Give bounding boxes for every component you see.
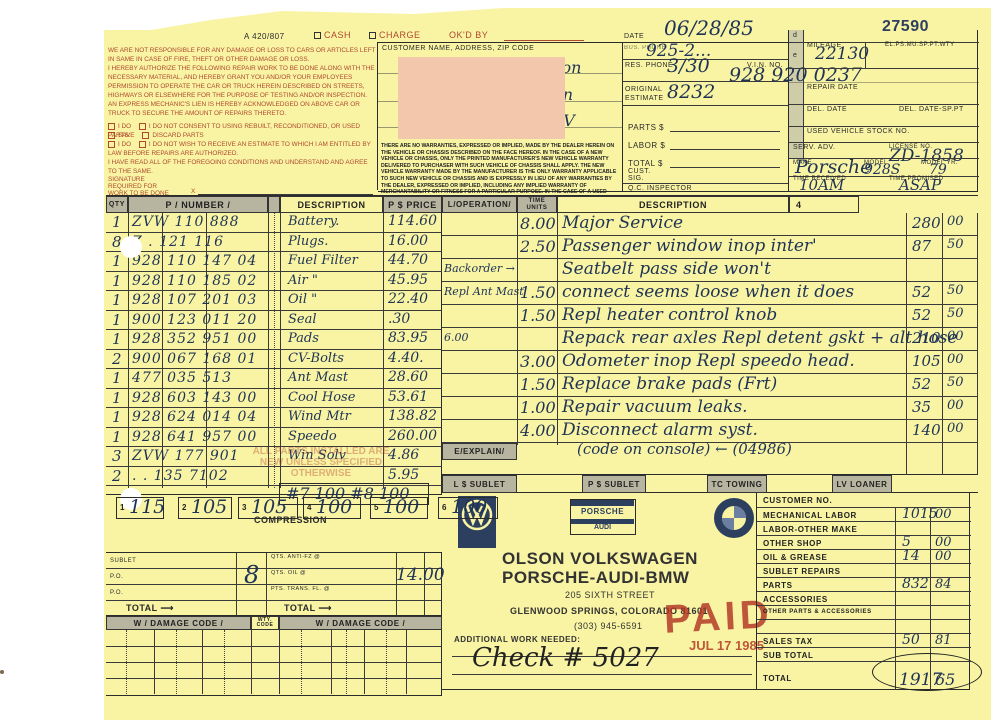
parts-row: 1477 035 513Ant Mast28.60 — [106, 369, 442, 389]
part-number: 928 641 957 00 — [132, 429, 257, 445]
parts-row: 1928 624 014 04Wind Mtr138.82 — [106, 408, 442, 428]
labor-dollars: 140 — [912, 421, 941, 439]
totals-cents: 00 — [935, 549, 952, 564]
cust-sig-label: CUST. SIG. — [628, 168, 648, 182]
labor-cents: 50 — [947, 375, 964, 390]
totals-row: LABOR-OTHER MAKE — [757, 521, 971, 535]
parts-row: 1928 352 951 00Pads83.95 — [106, 330, 442, 350]
mileage-value: 22130 — [815, 44, 869, 64]
totals-row-label: OTHER SHOP — [763, 539, 822, 548]
make-value: Porsche — [795, 156, 871, 178]
labor-row: 1.50Repl heater control knob5250 — [442, 305, 978, 328]
labor-description-header: DESCRIPTION — [557, 196, 789, 213]
labor-dollars: 280 — [912, 214, 941, 232]
labor-dollars: 105 — [912, 352, 941, 370]
cash-option[interactable]: CASH — [314, 30, 351, 40]
labor-cents: 00 — [947, 214, 964, 229]
sublet-fluids-box: SUBLET P.O. P.O. TOTAL ⟶ QTS. ANTI-FZ @ … — [106, 552, 442, 616]
date-value: 06/28/85 — [664, 16, 754, 40]
save-discard-option[interactable]: SAVE DISCARD PARTS — [108, 131, 204, 140]
sublet-bar: L $ SUBLET P $ SUBLET TC TOWING LV LOANE… — [442, 475, 978, 493]
dealer-street: 205 SIXTH STREET — [565, 590, 655, 600]
totals-cents: 00 — [935, 507, 952, 522]
part-qty: 1 — [112, 330, 122, 348]
compression-value: 100 — [383, 496, 419, 518]
redaction-box — [398, 57, 565, 139]
vehicle-section: d e MILEAGE 22130 EL.PS.MU.SP.PT.WTY 928… — [788, 30, 978, 192]
signature-label: SIGNATURE REQUIRED FOR WORK TO BE DONE — [108, 176, 178, 197]
total-circle — [872, 653, 982, 691]
totals-row-label: MECHANICAL LABOR — [763, 511, 857, 520]
part-price: .30 — [388, 311, 410, 327]
part-qty: 2 — [112, 467, 122, 485]
part-qty: 1 — [112, 389, 122, 407]
qc-inspector-label: Q.C. INSPECTOR — [628, 185, 692, 192]
labor-dollars: 87 — [912, 237, 931, 255]
legal-section: WE ARE NOT RESPONSIBLE FOR ANY DAMAGE OR… — [106, 42, 378, 190]
part-description-header: DESCRIPTION — [280, 196, 383, 213]
totals-row-label: ACCESSORIES — [763, 595, 828, 604]
part-qty: 1 — [112, 311, 122, 329]
check-number-note: Check # 5027 — [472, 643, 659, 673]
part-qty: 1 — [112, 213, 122, 231]
part-qty: 1 — [112, 291, 122, 309]
labor-estimate-label: LABOR $ — [628, 141, 665, 150]
labor-description: connect seems loose when it does — [562, 282, 854, 302]
totals-dollars: 1015 — [902, 506, 938, 522]
part-price: 28.60 — [388, 369, 428, 385]
part-description: CV-Bolts — [288, 351, 344, 366]
labor-description: Major Service — [562, 213, 683, 233]
compression-cylinder-2: 2105 — [178, 497, 232, 519]
totals-row-label: TOTAL — [763, 674, 792, 683]
parts-row: 1900 123 011 20Seal.30 — [106, 311, 442, 331]
totals-cents: 81 — [935, 633, 952, 648]
labor-dollars: 52 — [912, 306, 931, 324]
estimate-option[interactable]: I DO I DO NOT WISH TO RECEIVE AN ESTIMAT… — [108, 140, 376, 158]
labor-dollars: 35 — [912, 398, 931, 416]
labor-row: 3.00Odometer inop Repl speedo head.10500 — [442, 351, 978, 374]
part-price: 16.00 — [388, 233, 428, 249]
parts-row: 1928 110 147 04Fuel Filter44.70 — [106, 252, 442, 272]
compression-value: 100 — [316, 496, 352, 518]
okd-by-line — [504, 40, 584, 41]
labor-time: 1.50 — [520, 283, 556, 302]
totals-section: CUSTOMER NO. MECHANICAL LABOR101500LABOR… — [756, 493, 970, 690]
part-number: ZVW 110 888 — [132, 214, 240, 230]
labor-cents: 50 — [947, 306, 964, 321]
totals-row-label: SUBLET REPAIRS — [763, 567, 841, 576]
serv-adv-label: SERV. ADV. — [793, 144, 836, 151]
totals-cents: 84 — [935, 577, 952, 592]
part-price: 53.61 — [388, 389, 428, 405]
used-stock-label: USED VEHICLE STOCK NO. — [807, 128, 910, 135]
part-number: 928 110 185 02 — [132, 273, 257, 289]
dealer-name-line2: PORSCHE-AUDI-BMW — [502, 568, 689, 588]
damage-code-section: W / DAMAGE CODE / WTY. CODE W / DAMAGE C… — [106, 616, 442, 696]
labor-estimate-line[interactable] — [670, 149, 780, 150]
part-description: Cool Hose — [288, 390, 355, 405]
labor-dollars: 210 — [912, 329, 941, 347]
parts-row: 8Z . 121 116Plugs.16.00 — [106, 233, 442, 253]
totals-row: OTHER SHOP500 — [757, 535, 971, 549]
part-description: Fuel Filter — [288, 253, 358, 268]
oil-quarts-value: 8 — [244, 561, 259, 589]
part-number: 900 123 011 20 — [132, 312, 257, 328]
labor-row: 1.00Repair vacuum leaks.3500 — [442, 397, 978, 420]
repair-date-label: REPAIR DATE — [807, 84, 858, 91]
oil-amount-value: 14.00 — [396, 565, 445, 585]
totals-dollars: 50 — [902, 632, 920, 648]
part-number: ZVW 177 901 — [132, 448, 240, 464]
parts-installed-stamp: ALL PARTS INSTALLED ARE NEW UNLESS SPECI… — [246, 446, 396, 479]
damage-code-right-header: W / DAMAGE CODE / — [279, 616, 442, 630]
totals-row: MECHANICAL LABOR101500 — [757, 507, 971, 521]
fluid-total-label: TOTAL ⟶ — [284, 603, 332, 614]
labor-table: L/OPERATION/ TIME UNITS DESCRIPTION 4 8.… — [442, 195, 978, 475]
labor-row: Backorder →Seatbelt pass side won't — [442, 259, 978, 282]
parts-row: 1ZVW 110 888Battery.114.60 — [106, 213, 442, 233]
totals-row: PARTS83284 — [757, 577, 971, 591]
total-estimate-line[interactable] — [670, 167, 780, 168]
part-description: Pads — [288, 331, 319, 346]
compression-value: 115 — [129, 496, 165, 518]
labor-operation: 6.00 — [444, 331, 469, 344]
labor-row: Repl Ant Mast1.50connect seems loose whe… — [442, 282, 978, 305]
time-units-header: TIME UNITS — [517, 196, 557, 213]
labor-time: 1.50 — [520, 375, 556, 394]
part-price: 22.40 — [388, 291, 428, 307]
labor-description: Disconnect alarm syst. — [562, 420, 758, 440]
part-number: 477 035 513 — [132, 370, 232, 386]
del-date-sp-label: DEL. DATE-SP.PT — [899, 106, 964, 113]
compression-cylinder-4: 4100 — [303, 497, 361, 519]
original-estimate-label: ORIGINAL ESTIMATE — [625, 85, 665, 103]
sublet-total-label: TOTAL ⟶ — [126, 603, 174, 614]
labor-dollars: 52 — [912, 283, 931, 301]
part-number: 928 352 951 00 — [132, 331, 257, 347]
qty-header: QTY — [106, 196, 128, 213]
part-description: Seal — [288, 312, 317, 327]
compression-value: 100 — [451, 496, 487, 518]
part-qty: 1 — [112, 428, 122, 446]
labor-description: Passenger window inop inter' — [562, 236, 817, 256]
parts-row: 1928 641 957 00Speedo260.00 — [106, 428, 442, 448]
vehicle-codes-label: EL.PS.MU.SP.PT.WTY — [885, 42, 955, 48]
part-number: 928 624 014 04 — [132, 409, 257, 425]
labor-description: Repl heater control knob — [562, 305, 777, 325]
time-received-value: 10AM — [799, 176, 844, 194]
totals-row-label: PARTS — [763, 581, 793, 590]
compression-value: 105 — [191, 496, 227, 518]
part-qty: 1 — [112, 252, 122, 270]
part-number: Z . 121 116 — [132, 234, 224, 250]
bmw-logo — [714, 498, 754, 538]
time-promised-value: ASAP — [899, 176, 941, 194]
part-number: 928 603 143 00 — [132, 390, 257, 406]
compression-cylinder-1: 1115 — [116, 497, 164, 519]
customer-section: CUSTOMER NAME, ADDRESS, ZIP CODE ...son … — [378, 42, 623, 192]
labor-cents: 50 — [947, 237, 964, 252]
labor-cents: 50 — [947, 283, 964, 298]
porsche-audi-logo: PORSCHE AUDI — [570, 499, 636, 535]
original-estimate-value: 8232 — [667, 81, 715, 103]
part-description: Battery. — [288, 214, 339, 229]
customer-no-label: CUSTOMER NO. — [763, 496, 832, 505]
totals-row: SALES TAX5081 — [757, 633, 971, 647]
part-price: 138.82 — [388, 408, 437, 424]
totals-cents: 00 — [935, 535, 952, 550]
agreement-text: I HAVE READ ALL OF THE FOREGOING CONDITI… — [108, 158, 376, 176]
totals-row: SUBLET REPAIRS — [757, 563, 971, 577]
authorization-text: I HEREBY AUTHORIZE THE FOLLOWING REPAIR … — [108, 64, 376, 118]
totals-row-label: OIL & GREASE — [763, 553, 827, 562]
labor-row: 8.00Major Service28000 — [442, 213, 978, 236]
charge-option[interactable]: CHARGE — [369, 30, 421, 40]
parts-row: 2900 067 168 01CV-Bolts4.40. — [106, 350, 442, 370]
part-qty: 1 — [112, 272, 122, 290]
damage-code-left-header: W / DAMAGE CODE / — [106, 616, 251, 630]
labor-cents: 00 — [947, 329, 964, 344]
labor-dollars: 52 — [912, 375, 931, 393]
explain-header: E/EXPLAIN/ — [442, 443, 517, 460]
parts-table: QTY P / NUMBER / DESCRIPTION P $ PRICE 1… — [106, 195, 442, 495]
explain-value: (code on console) ← (04986) — [577, 440, 792, 458]
labor-description: Repair vacuum leaks. — [562, 397, 748, 417]
labor-operation: Backorder → — [444, 262, 515, 275]
labor-time: 3.00 — [520, 352, 556, 371]
labor-time: 4.00 — [520, 421, 556, 440]
totals-dollars: 832 — [902, 576, 929, 592]
part-description: Air " — [288, 273, 318, 288]
labor-row: 6.00Repack rear axles Repl detent gskt +… — [442, 328, 978, 351]
form-code: A 420/807 — [244, 32, 285, 41]
totals-row: OIL & GREASE1400 — [757, 549, 971, 563]
labor-time: 1.00 — [520, 398, 556, 417]
part-price: 83.95 — [388, 330, 428, 346]
compression-value: 105 — [251, 496, 287, 518]
part-number: 928 110 147 04 — [132, 253, 257, 269]
totals-row-label: SALES TAX — [763, 637, 813, 646]
labor-row: 2.50Passenger window inop inter'8750 — [442, 236, 978, 259]
totals-row-label: SUB TOTAL — [763, 651, 813, 660]
price-header: P $ PRICE — [383, 196, 442, 213]
totals-row-label: OTHER PARTS & ACCESSORIES — [763, 609, 872, 615]
labor-time: 8.00 — [520, 214, 556, 233]
res-phone-value: 3/30 — [667, 55, 710, 77]
totals-dollars: 14 — [902, 548, 920, 564]
labor-description: Seatbelt pass side won't — [562, 259, 771, 279]
part-number: 900 067 168 01 — [132, 351, 257, 367]
labor-time: 1.50 — [520, 306, 556, 325]
liability-disclaimer: WE ARE NOT RESPONSIBLE FOR ANY DAMAGE OR… — [108, 46, 376, 64]
total-estimate-label: TOTAL $ — [628, 159, 663, 168]
compression-cylinder-6: 6100 — [438, 497, 498, 519]
dealer-phone: (303) 945-6591 — [574, 621, 643, 631]
compression-cylinder-3: 3105 — [238, 497, 298, 519]
part-description: Plugs. — [288, 234, 328, 249]
labor-time: 2.50 — [520, 237, 556, 256]
labor-operation: Repl Ant Mast — [444, 285, 524, 298]
part-number-header: P / NUMBER / — [128, 196, 268, 213]
parts-estimate-line[interactable] — [670, 131, 780, 132]
part-description: Speedo — [288, 429, 337, 444]
totals-row — [757, 619, 971, 633]
part-description: Oil " — [288, 292, 317, 307]
labor-cents: 00 — [947, 421, 964, 436]
repair-order-form: A 420/807 CASH CHARGE OK'D BY DATE 06/28… — [104, 30, 991, 720]
parts-row: 1928 107 201 03Oil "22.40 — [106, 291, 442, 311]
okd-by-label: OK'D BY — [449, 30, 488, 40]
labor-description: Odometer inop Repl speedo head. — [562, 351, 855, 371]
dealer-name-line1: OLSON VOLKSWAGEN — [502, 549, 698, 569]
totals-row-label: LABOR-OTHER MAKE — [763, 525, 857, 534]
part-qty: 2 — [112, 350, 122, 368]
part-number: . . 135 7102 — [132, 468, 229, 484]
labor-description: Repack rear axles Repl detent gskt + alt… — [562, 328, 957, 348]
compression-cylinder-5: 5100 — [370, 497, 428, 519]
wty-code-header: WTY. CODE — [251, 616, 279, 630]
date-label: DATE — [624, 33, 644, 40]
part-qty: 1 — [112, 369, 122, 387]
part-number: 928 107 201 03 — [132, 292, 257, 308]
parts-row: 1928 603 143 00Cool Hose53.61 — [106, 389, 442, 409]
parts-estimate-label: PARTS $ — [628, 123, 664, 132]
labor-row: 1.50Replace brake pads (Frt)5250 — [442, 374, 978, 397]
del-date-label: DEL. DATE — [807, 106, 847, 113]
part-price: 44.70 — [388, 252, 428, 268]
punch-hole — [120, 236, 142, 258]
parts-row: 1928 110 185 02Air "45.95 — [106, 272, 442, 292]
part-description: Wind Mtr — [288, 409, 351, 424]
part-description: Ant Mast — [288, 370, 348, 385]
res-phone-label: RES. PHONE — [625, 62, 673, 69]
paid-stamp-date: JUL 17 1985 — [689, 638, 764, 653]
part-qty: 3 — [112, 447, 122, 465]
labor-description: Replace brake pads (Frt) — [562, 374, 777, 394]
part-price: 45.95 — [388, 272, 428, 288]
totals-row: ACCESSORIES — [757, 591, 971, 605]
totals-row: OTHER PARTS & ACCESSORIES — [757, 605, 971, 619]
part-price: 114.60 — [388, 213, 437, 229]
labor-cents: 00 — [947, 398, 964, 413]
operation-header: L/OPERATION/ — [442, 196, 517, 213]
part-price: 4.40. — [388, 350, 424, 366]
labor-cents: 00 — [947, 352, 964, 367]
customer-label: CUSTOMER NAME, ADDRESS, ZIP CODE — [382, 45, 534, 52]
part-qty: 1 — [112, 408, 122, 426]
part-price: 260.00 — [388, 428, 437, 444]
dealer-section: PORSCHE AUDI OLSON VOLKSWAGEN PORSCHE-AU… — [442, 493, 756, 690]
